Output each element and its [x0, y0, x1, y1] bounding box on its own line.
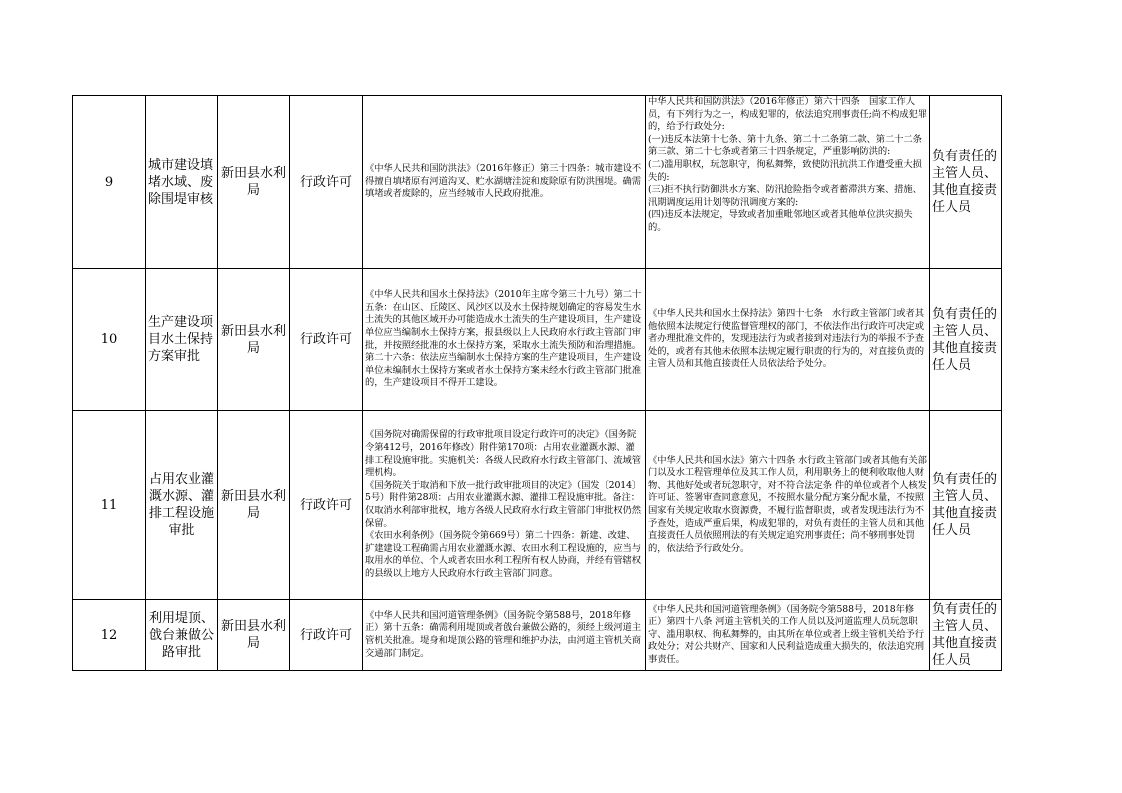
category: 行政许可 [290, 269, 363, 411]
liability-clause: 《中华人民共和国水土保持法》第四十七条 水行政主管部门或者其他依照本法规定行使监… [646, 269, 930, 411]
department: 新田县水利局 [218, 269, 290, 411]
liability-paragraph: 中华人民共和国防洪法》（2016年修正）第六十四条 国家工作人员，有下列行为之一… [648, 96, 927, 134]
liability-clause: 《中华人民共和国水法》第六十四条 水行政主管部门或者其他有关部门以及水工程管理单… [646, 411, 930, 600]
table-row: 10 生产建设项目水土保持方案审批 新田县水利局 行政许可 《中华人民共和国水土… [73, 269, 1002, 411]
legal-basis: 《中华人民共和国防洪法》（2016年修正）第三十四条：城市建设不得擅自填堵原有河… [363, 96, 646, 269]
department: 新田县水利局 [218, 96, 290, 269]
liability-paragraph: (三)拒不执行防御洪水方案、防汛抢险指令或者蓄滞洪方案、措施、汛期调度运用计划等… [648, 184, 927, 209]
item-name: 城市建设填堵水域、废除围堤审核 [146, 96, 218, 269]
legal-basis: 《中华人民共和国水土保持法》（2010年主席令第三十九号）第二十五条：在山区、丘… [363, 269, 646, 411]
liability-paragraph: (四)违反本法规定，导致或者加重毗邻地区或者其他单位洪灾损失的。 [648, 209, 927, 234]
responsible-subject: 负有责任的主管人员、其他直接责任人员 [930, 269, 1002, 411]
accountability-table: 9 城市建设填堵水域、废除围堤审核 新田县水利局 行政许可 《中华人民共和国防洪… [72, 95, 1002, 671]
row-number: 9 [73, 96, 146, 269]
table-row: 11 占用农业灌溉水源、灌排工程设施审批 新田县水利局 行政许可 《国务院对确需… [73, 411, 1002, 600]
liability-clause: 中华人民共和国防洪法》（2016年修正）第六十四条 国家工作人员，有下列行为之一… [646, 96, 930, 269]
legal-basis: 《中华人民共和国河道管理条例》（国务院令第588号，2018年修正）第十五条：确… [363, 600, 646, 671]
category: 行政许可 [290, 411, 363, 600]
liability-clause: 《中华人民共和国河道管理条例》（国务院令第588号，2018年修正）第四十八条 … [646, 600, 930, 671]
liability-paragraph: 《中华人民共和国水土保持法》第四十七条 水行政主管部门或者其他依照本法规定行使监… [648, 308, 927, 371]
basis-paragraph: 《国务院关于取消和下放一批行政审批项目的决定》（国发〔2014〕5号）附件第28… [365, 480, 643, 530]
table-row: 12 利用堤顶、戗台兼做公路审批 新田县水利局 行政许可 《中华人民共和国河道管… [73, 600, 1002, 671]
item-name: 利用堤顶、戗台兼做公路审批 [146, 600, 218, 671]
department: 新田县水利局 [218, 600, 290, 671]
row-number: 12 [73, 600, 146, 671]
liability-paragraph: 《中华人民共和国河道管理条例》（国务院令第588号，2018年修正）第四十八条 … [648, 604, 927, 667]
category: 行政许可 [290, 600, 363, 671]
responsible-subject: 负有责任的主管人员、其他直接责任人员 [930, 96, 1002, 269]
item-name: 生产建设项目水土保持方案审批 [146, 269, 218, 411]
responsible-subject: 负有责任的主管人员、其他直接责任人员 [930, 411, 1002, 600]
department: 新田县水利局 [218, 411, 290, 600]
category: 行政许可 [290, 96, 363, 269]
basis-paragraph: 《国务院对确需保留的行政审批项目设定行政许可的决定》（国务院令第412号，201… [365, 429, 643, 479]
table-row: 9 城市建设填堵水域、废除围堤审核 新田县水利局 行政许可 《中华人民共和国防洪… [73, 96, 1002, 269]
item-name: 占用农业灌溉水源、灌排工程设施审批 [146, 411, 218, 600]
liability-paragraph: 《中华人民共和国水法》第六十四条 水行政主管部门或者其他有关部门以及水工程管理单… [648, 455, 927, 556]
row-number: 10 [73, 269, 146, 411]
responsible-subject: 负有责任的主管人员、其他直接责任人员 [930, 600, 1002, 671]
liability-paragraph: (一)违反本法第十七条、第十九条、第二十二条第二款、第二十二条第三款、第二十七条… [648, 134, 927, 159]
liability-paragraph: (二)滥用职权，玩忽职守，徇私舞弊，致使防汛抗洪工作遭受重大损失的: [648, 159, 927, 184]
basis-paragraph: 《农田水利条例》（国务院令第669号）第二十四条：新建、改建、扩建建设工程确需占… [365, 530, 643, 580]
row-number: 11 [73, 411, 146, 600]
legal-basis: 《国务院对确需保留的行政审批项目设定行政许可的决定》（国务院令第412号，201… [363, 411, 646, 600]
